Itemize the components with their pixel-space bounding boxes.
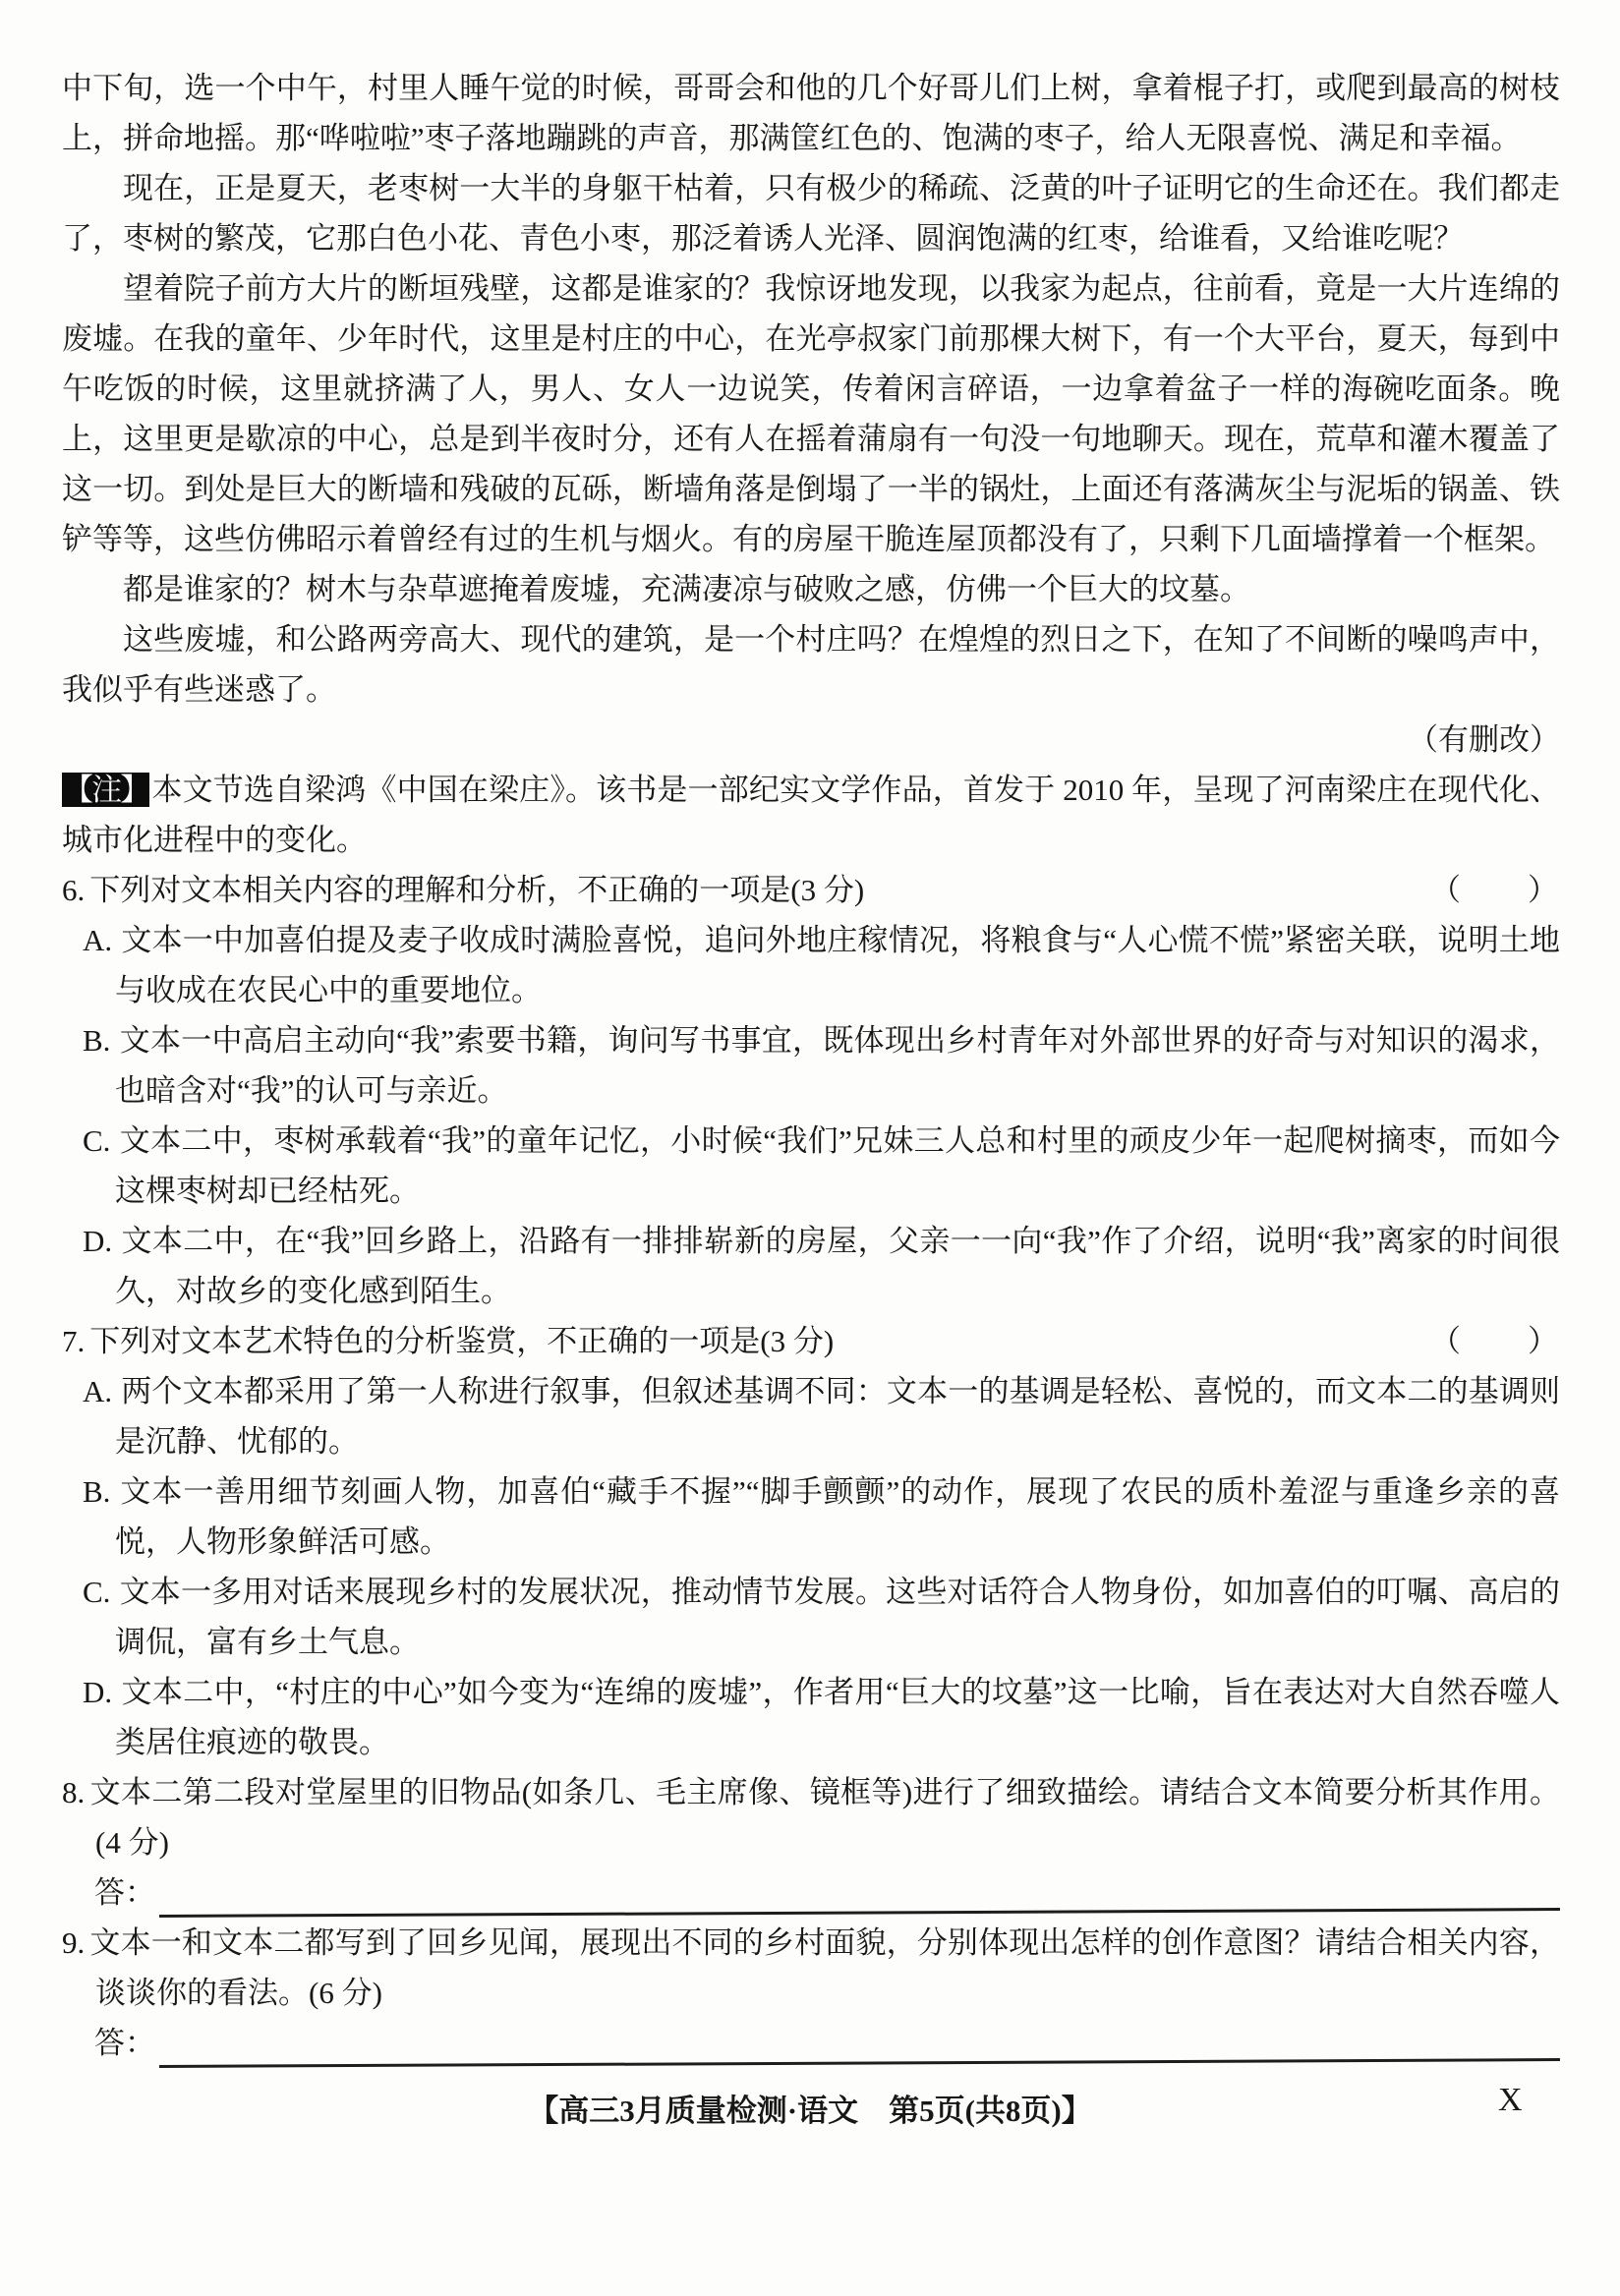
option-text: 两个文本都采用了第一人称进行叙事，但叙述基调不同：文本一的基调是轻松、喜悦的，而… [115, 1374, 1560, 1459]
passage-paragraph: 都是谁家的？树木与杂草遮掩着废墟，充满凄凉与破败之感，仿佛一个巨大的坟墓。 [62, 564, 1560, 614]
option-c: C.文本二中，枣树承载着“我”的童年记忆，小时候“我们”兄妹三人总和村里的顽皮少… [83, 1116, 1560, 1216]
option-text: 文本一中加喜伯提及麦子收成时满脸喜悦，追问外地庄稼情况，将粮食与“人心慌不慌”紧… [115, 923, 1560, 1007]
question-9: 9.文本一和文本二都写到了回乡见闻，展现出不同的乡村面貌，分别体现出怎样的创作意… [62, 1918, 1560, 2068]
question-stem-row: 8.文本二第二段对堂屋里的旧物品(如条几、毛主席像、镜框等)进行了细致描绘。请结… [62, 1767, 1560, 1867]
question-number: 7. [62, 1324, 85, 1358]
option-label: B. [83, 1474, 110, 1509]
option-b: B.文本一善用细节刻画人物，加喜伯“藏手不握”“脚手颤颤”的动作，展现了农民的质… [83, 1466, 1560, 1567]
question-6: （ ）6.下列对文本相关内容的理解和分析，不正确的一项是(3 分)A.文本一中加… [62, 865, 1560, 1316]
passage-attribution: （有删改） [62, 715, 1560, 765]
question-stem: 下列对文本艺术特色的分析鉴赏，不正确的一项是(3 分) [89, 1324, 834, 1358]
option-label: B. [83, 1023, 110, 1058]
answer-blank-line [159, 1866, 1560, 1918]
exam-page: 中下旬，选一个中午，村里人睡午觉的时候，哥哥会和他的几个好哥儿们上树，拿着棍子打… [0, 0, 1620, 2296]
option-d: D.文本二中，“村庄的中心”如今变为“连绵的废墟”，作者用“巨大的坟墓”这一比喻… [83, 1667, 1560, 1767]
reading-passage: 中下旬，选一个中午，村里人睡午觉的时候，哥哥会和他的几个好哥儿们上树，拿着棍子打… [62, 63, 1560, 715]
answer-blank-line [159, 2017, 1560, 2068]
option-label: C. [83, 1575, 110, 1609]
question-number: 6. [62, 873, 85, 907]
option-text: 文本一多用对话来展现乡村的发展状况，推动情节发展。这些对话符合人物身份，如加喜伯… [115, 1575, 1560, 1659]
option-a: A.两个文本都采用了第一人称进行叙事，但叙述基调不同：文本一的基调是轻松、喜悦的… [83, 1366, 1560, 1466]
option-label: A. [83, 923, 112, 957]
answer-label: 答： [94, 2018, 155, 2068]
corner-mark: X [1498, 2082, 1523, 2119]
answer-bracket: （ ） [1464, 1316, 1560, 1366]
question-8: 8.文本二第二段对堂屋里的旧物品(如条几、毛主席像、镜框等)进行了细致描绘。请结… [62, 1767, 1560, 1918]
question-stem-row: （ ）6.下列对文本相关内容的理解和分析，不正确的一项是(3 分) [62, 865, 1560, 915]
question-list: （ ）6.下列对文本相关内容的理解和分析，不正确的一项是(3 分)A.文本一中加… [62, 865, 1560, 2068]
passage-paragraph: 中下旬，选一个中午，村里人睡午觉的时候，哥哥会和他的几个好哥儿们上树，拿着棍子打… [62, 63, 1560, 163]
passage-note: 【注】本文节选自梁鸿《中国在梁庄》。该书是一部纪实文学作品，首发于 2010 年… [62, 765, 1560, 865]
option-a: A.文本一中加喜伯提及麦子收成时满脸喜悦，追问外地庄稼情况，将粮食与“人心慌不慌… [83, 915, 1560, 1015]
option-label: A. [83, 1374, 112, 1408]
question-stem: 下列对文本相关内容的理解和分析，不正确的一项是(3 分) [89, 873, 864, 907]
answer-label: 答： [94, 1867, 155, 1918]
answer-row: 答： [62, 1867, 1560, 1918]
option-b: B.文本一中高启主动向“我”索要书籍，询问写书事宜，既体现出乡村青年对外部世界的… [83, 1015, 1560, 1116]
page-footer: 【高三3月质量检测·语文 第5页(共8页)】 [0, 2090, 1620, 2133]
option-label: D. [83, 1675, 112, 1709]
note-badge: 【注】 [62, 773, 149, 807]
passage-paragraph: 现在，正是夏天，老枣树一大半的身躯干枯着，只有极少的稀疏、泛黄的叶子证明它的生命… [62, 163, 1560, 263]
option-c: C.文本一多用对话来展现乡村的发展状况，推动情节发展。这些对话符合人物身份，如加… [83, 1567, 1560, 1667]
option-text: 文本二中，枣树承载着“我”的童年记忆，小时候“我们”兄妹三人总和村里的顽皮少年一… [115, 1123, 1560, 1208]
question-stem-row: 9.文本一和文本二都写到了回乡见闻，展现出不同的乡村面貌，分别体现出怎样的创作意… [62, 1918, 1560, 2018]
option-d: D.文本二中，在“我”回乡路上，沿路有一排排崭新的房屋，父亲一一向“我”作了介绍… [83, 1216, 1560, 1316]
answer-row: 答： [62, 2018, 1560, 2068]
note-text: 本文节选自梁鸿《中国在梁庄》。该书是一部纪实文学作品，首发于 2010 年，呈现… [62, 773, 1560, 857]
option-text: 文本一善用细节刻画人物，加喜伯“藏手不握”“脚手颤颤”的动作，展现了农民的质朴羞… [115, 1474, 1560, 1559]
question-number: 9. [62, 1925, 85, 1960]
passage-paragraph: 这些废墟，和公路两旁高大、现代的建筑，是一个村庄吗？在煌煌的烈日之下，在知了不间… [62, 614, 1560, 715]
question-stem: 文本一和文本二都写到了回乡见闻，展现出不同的乡村面貌，分别体现出怎样的创作意图？… [89, 1925, 1560, 2010]
answer-bracket: （ ） [1464, 865, 1560, 915]
option-text: 文本二中，“村庄的中心”如今变为“连绵的废墟”，作者用“巨大的坟墓”这一比喻，旨… [115, 1675, 1560, 1759]
question-stem-row: （ ）7.下列对文本艺术特色的分析鉴赏，不正确的一项是(3 分) [62, 1316, 1560, 1366]
option-text: 文本一中高启主动向“我”索要书籍，询问写书事宜，既体现出乡村青年对外部世界的好奇… [115, 1023, 1560, 1108]
option-label: C. [83, 1123, 110, 1158]
option-label: D. [83, 1224, 112, 1258]
option-text: 文本二中，在“我”回乡路上，沿路有一排排崭新的房屋，父亲一一向“我”作了介绍，说… [115, 1224, 1560, 1308]
question-stem: 文本二第二段对堂屋里的旧物品(如条几、毛主席像、镜框等)进行了细致描绘。请结合文… [89, 1775, 1560, 1860]
page-content: 中下旬，选一个中午，村里人睡午觉的时候，哥哥会和他的几个好哥儿们上树，拿着棍子打… [62, 63, 1560, 2068]
question-number: 8. [62, 1775, 85, 1809]
question-7: （ ）7.下列对文本艺术特色的分析鉴赏，不正确的一项是(3 分)A.两个文本都采… [62, 1316, 1560, 1767]
passage-paragraph: 望着院子前方大片的断垣残壁，这都是谁家的？我惊讶地发现，以我家为起点，往前看，竟… [62, 263, 1560, 564]
